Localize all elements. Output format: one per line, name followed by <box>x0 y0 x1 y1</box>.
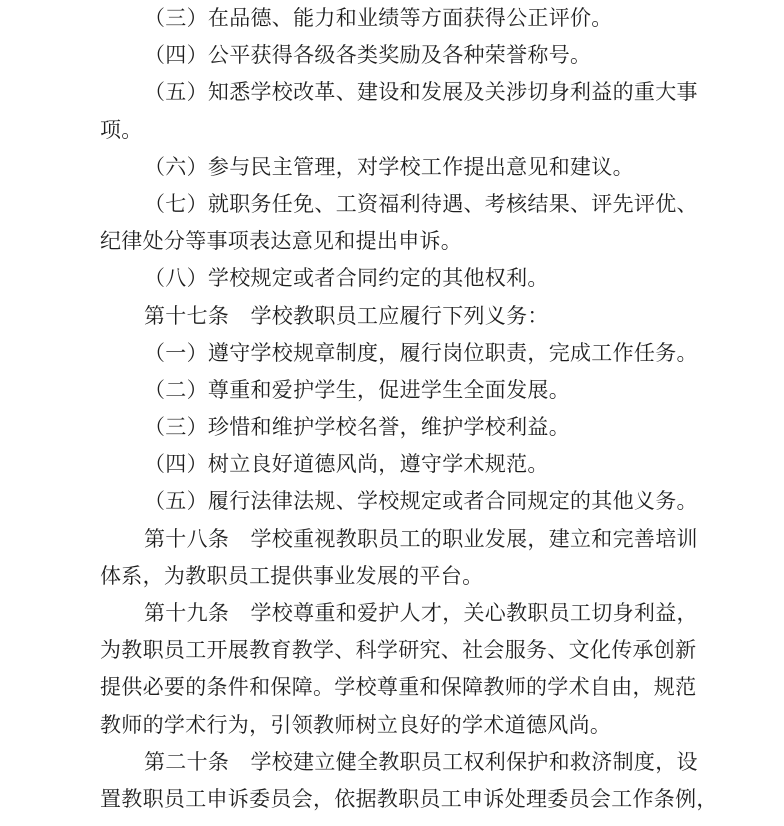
text-line: （四）公平获得各级各类奖励及各种荣誉称号。 <box>100 37 760 74</box>
paragraph: （五）履行法律法规、学校规定或者合同规定的其他义务。 <box>100 483 760 520</box>
text-line: （一）遵守学校规章制度，履行岗位职责，完成工作任务。 <box>100 335 760 372</box>
document-page: （三）在品德、能力和业绩等方面获得公正评价。（四）公平获得各级各类奖励及各种荣誉… <box>0 0 784 826</box>
paragraph: 第十七条 学校教职员工应履行下列义务： <box>100 298 760 335</box>
paragraph: （七）就职务任免、工资福利待遇、考核结果、评先评优、纪律处分等事项表达意见和提出… <box>100 186 760 260</box>
paragraph: （四）树立良好道德风尚，遵守学术规范。 <box>100 446 760 483</box>
paragraph: （一）遵守学校规章制度，履行岗位职责，完成工作任务。 <box>100 335 760 372</box>
text-line: 置教职员工申诉委员会，依据教职员工申诉处理委员会工作条例， <box>100 781 760 818</box>
text-line: 第十七条 学校教职员工应履行下列义务： <box>100 298 760 335</box>
text-line: （三）珍惜和维护学校名誉，维护学校利益。 <box>100 409 760 446</box>
text-line: （二）尊重和爱护学生，促进学生全面发展。 <box>100 372 760 409</box>
text-line: 教师的学术行为，引领教师树立良好的学术道德风尚。 <box>100 707 760 744</box>
text-line: 提供必要的条件和保障。学校尊重和保障教师的学术自由，规范 <box>100 669 760 706</box>
text-line: （四）树立良好道德风尚，遵守学术规范。 <box>100 446 760 483</box>
text-line: 体系，为教职员工提供事业发展的平台。 <box>100 558 760 595</box>
text-line: 为教职员工开展教育教学、科学研究、社会服务、文化传承创新 <box>100 632 760 669</box>
paragraph: （三）珍惜和维护学校名誉，维护学校利益。 <box>100 409 760 446</box>
text-line: 第十八条 学校重视教职员工的职业发展，建立和完善培训 <box>100 521 760 558</box>
paragraph: 第十九条 学校尊重和爱护人才，关心教职员工切身利益，为教职员工开展教育教学、科学… <box>100 595 760 744</box>
paragraph: （二）尊重和爱护学生，促进学生全面发展。 <box>100 372 760 409</box>
paragraph: （五）知悉学校改革、建设和发展及关涉切身利益的重大事项。 <box>100 74 760 148</box>
paragraph: （六）参与民主管理，对学校工作提出意见和建议。 <box>100 149 760 186</box>
text-line: 第二十条 学校建立健全教职员工权利保护和救济制度，设 <box>100 744 760 781</box>
document-text-block: （三）在品德、能力和业绩等方面获得公正评价。（四）公平获得各级各类奖励及各种荣誉… <box>100 0 760 818</box>
text-line: 纪律处分等事项表达意见和提出申诉。 <box>100 223 760 260</box>
text-line: （七）就职务任免、工资福利待遇、考核结果、评先评优、 <box>100 186 760 223</box>
paragraph: 第二十条 学校建立健全教职员工权利保护和救济制度，设置教职员工申诉委员会，依据教… <box>100 744 760 818</box>
text-line: 第十九条 学校尊重和爱护人才，关心教职员工切身利益， <box>100 595 760 632</box>
paragraph: （三）在品德、能力和业绩等方面获得公正评价。 <box>100 0 760 37</box>
text-line: （五）知悉学校改革、建设和发展及关涉切身利益的重大事 <box>100 74 760 111</box>
paragraph: （八）学校规定或者合同约定的其他权利。 <box>100 260 760 297</box>
text-line: （五）履行法律法规、学校规定或者合同规定的其他义务。 <box>100 483 760 520</box>
text-line: 项。 <box>100 112 760 149</box>
paragraph: 第十八条 学校重视教职员工的职业发展，建立和完善培训体系，为教职员工提供事业发展… <box>100 521 760 595</box>
text-line: （六）参与民主管理，对学校工作提出意见和建议。 <box>100 149 760 186</box>
text-line: （三）在品德、能力和业绩等方面获得公正评价。 <box>100 0 760 37</box>
paragraph: （四）公平获得各级各类奖励及各种荣誉称号。 <box>100 37 760 74</box>
text-line: （八）学校规定或者合同约定的其他权利。 <box>100 260 760 297</box>
